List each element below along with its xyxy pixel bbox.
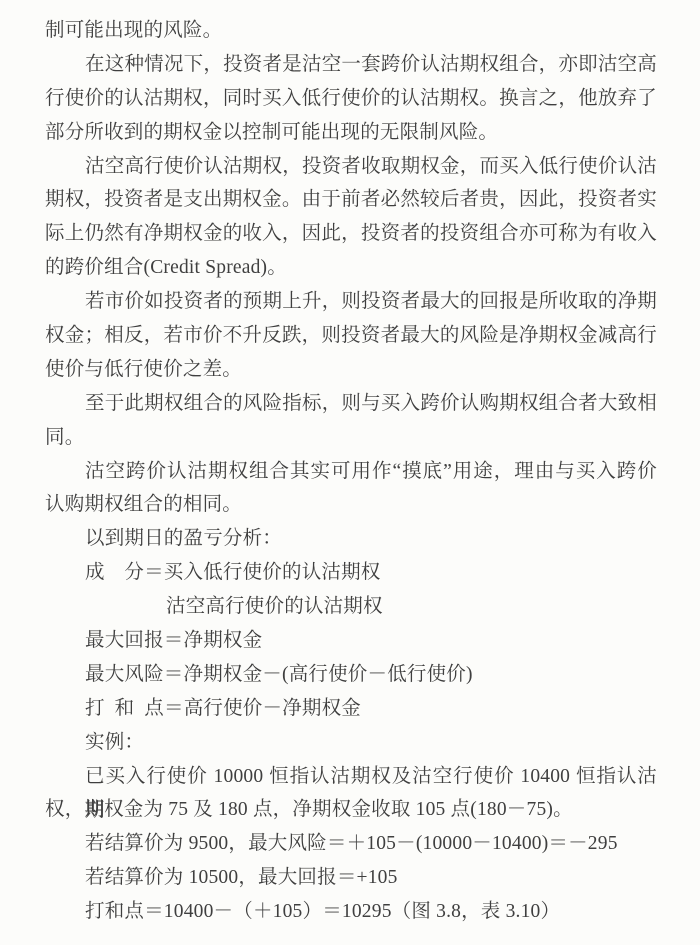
text-line: 际上仍然有净期权金的收入，因此，投资者的投资组合亦可称为有收入 [45,217,657,251]
text-line: 最大风险＝净期权金－(高行使价－低行使价) [45,658,657,692]
text-line: 权金；相反，若市价不升反跌，则投资者最大的风险是净期权金减高行 [45,319,657,353]
text-line: 同。 [45,421,657,455]
text-line: 部分所收到的期权金以控制可能出现的无限制风险。 [45,116,657,150]
text-line: 成 分＝买入低行使价的认沽期权 [45,556,657,590]
text-line: 以到期日的盈亏分析： [45,522,657,556]
text-line: 若结算价为 9500，最大风险＝＋105－(10000－10400)＝－295 [45,827,657,861]
text-line: 使价与低行使价之差。 [45,353,657,387]
text-line: 已买入行使价 10000 恒指认沽期权及沽空行使价 10400 恒指认沽期 [45,760,657,794]
text-line: 认购期权组合的相同。 [45,488,657,522]
text-line: 沽空高行使价的认沽期权 [45,590,657,624]
text-line: 权，期权金为 75 及 180 点，净期权金收取 105 点(180－75)。 [45,793,657,827]
text-line: 打和点＝10400－（＋105）＝10295（图 3.8，表 3.10） [45,895,657,929]
text-line: 在这种情况下，投资者是沽空一套跨价认沽期权组合，亦即沽空高 [45,48,657,82]
text-line: 沽空跨价认沽期权组合其实可用作“摸底”用途，理由与买入跨价 [45,455,657,489]
text-line: 期权，投资者是支出期权金。由于前者必然较后者贵，因此，投资者实 [45,183,657,217]
text-line: 沽空高行使价认沽期权，投资者收取期权金，而买入低行使价认沽 [45,150,657,184]
document-page: { "page": { "background": "#fcfcfa", "te… [0,0,700,945]
text-line: 若结算价为 10500，最大回报＝+105 [45,861,657,895]
text-line: 的跨价组合(Credit Spread)。 [45,251,657,285]
text-line: 打 和 点＝高行使价－净期权金 [45,692,657,726]
text-line: 最大回报＝净期权金 [45,624,657,658]
page-text: 制可能出现的风险。在这种情况下，投资者是沽空一套跨价认沽期权组合，亦即沽空高行使… [0,0,700,945]
text-line: 若市价如投资者的预期上升，则投资者最大的回报是所收取的净期 [45,285,657,319]
text-line: 实例： [45,726,657,760]
text-line: 制可能出现的风险。 [45,14,657,48]
text-line: 至于此期权组合的风险指标，则与买入跨价认购期权组合者大致相 [45,387,657,421]
text-line: 行使价的认沽期权，同时买入低行使价的认沽期权。换言之，他放弃了 [45,82,657,116]
